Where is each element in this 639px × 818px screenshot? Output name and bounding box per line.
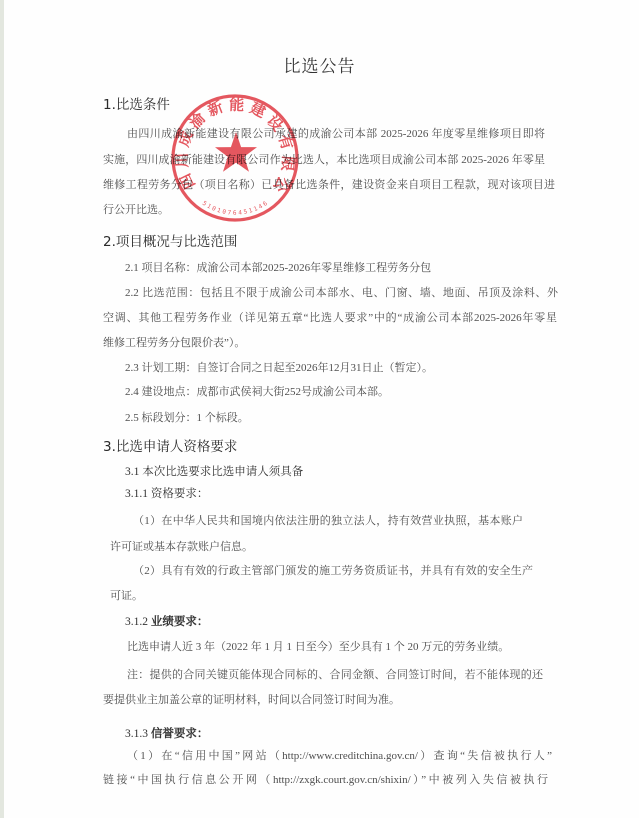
subheading-requirements: 3.1 本次比选要求比选申请人须具备 [125, 464, 303, 480]
credit-label-number: 3.1.3 [125, 728, 148, 740]
qualification-label-number: 3.1.1 [125, 488, 148, 500]
scope-line: 空调、其他工程劳务作业（详见第五章“比选人要求”中的“成渝公司本部2025-20… [103, 310, 557, 326]
scope-line: 2.2 比选范围：包括且不限于成渝公司本部水、电、门窗、墙、地面、吊顶及涂料、外… [125, 285, 558, 301]
lot-line: 2.5 标段划分：1 个标段。 [125, 410, 249, 426]
qualification-line: （2）具有有效的行政主管部门颁发的施工劳务资质证书，并具有有效的安全生产许 [133, 563, 533, 579]
location-line: 2.4 建设地点：成都市武侯祠大街252号成渝公司本部。 [125, 384, 389, 400]
credit-line: （1）在“信用中国”网站（http://www.creditchina.gov.… [127, 748, 552, 764]
seal-company-name: 四川成渝新能建设有限公司 [165, 88, 297, 196]
credit-label-text: 信誉要求： [151, 728, 209, 740]
credit-label: 3.1.3 信誉要求： [125, 726, 208, 742]
qualification-line: （1）在中华人民共和国境内依法注册的独立法人，持有效营业执照，基本账户开户 [133, 513, 523, 529]
performance-note-line: 注：提供的合同关键页能体现合同标的、合同金额、合同签订时间，若不能体现的还需 [127, 667, 543, 683]
scope-line: 维修工程劳务分包限价表”）。 [103, 335, 245, 351]
qualification-line: 许可证或基本存款账户信息。 [110, 539, 253, 555]
performance-note-line: 要提供业主加盖公章的证明材料，时间以合同签订时间为准。 [103, 692, 400, 708]
credit-line: 链接“中国执行信息公开网（http://zxgk.court.gov.cn/sh… [103, 772, 548, 788]
company-seal-stamp: 四川成渝新能建设有限公司 5101076451146 [165, 88, 305, 228]
performance-label-number: 3.1.2 [125, 616, 148, 628]
page-title: 比选公告 [0, 57, 639, 77]
performance-line: 比选申请人近 3 年（2022 年 1 月 1 日至今）至少具有 1 个 20 … [127, 639, 509, 655]
section-heading-overview: 2.项目概况与比选范围 [103, 233, 237, 251]
qualification-label-text: 资格要求： [151, 488, 209, 500]
section-heading-conditions: 1.比选条件 [103, 96, 170, 114]
performance-label-text: 业绩要求： [151, 616, 209, 628]
section-heading-qualifications: 3.比选申请人资格要求 [103, 438, 237, 456]
schedule-line: 2.3 计划工期：自签订合同之日起至2026年12月31日止（暂定）。 [125, 360, 433, 376]
paragraph-line: 行公开比选。 [103, 202, 169, 218]
qualification-line: 可证。 [110, 588, 143, 604]
performance-label: 3.1.2 业绩要求： [125, 614, 208, 630]
project-name-line: 2.1 项目名称：成渝公司本部2025-2026年零星维修工程劳务分包 [125, 260, 431, 276]
star-icon [215, 132, 257, 172]
qualification-label: 3.1.1 资格要求： [125, 486, 208, 502]
